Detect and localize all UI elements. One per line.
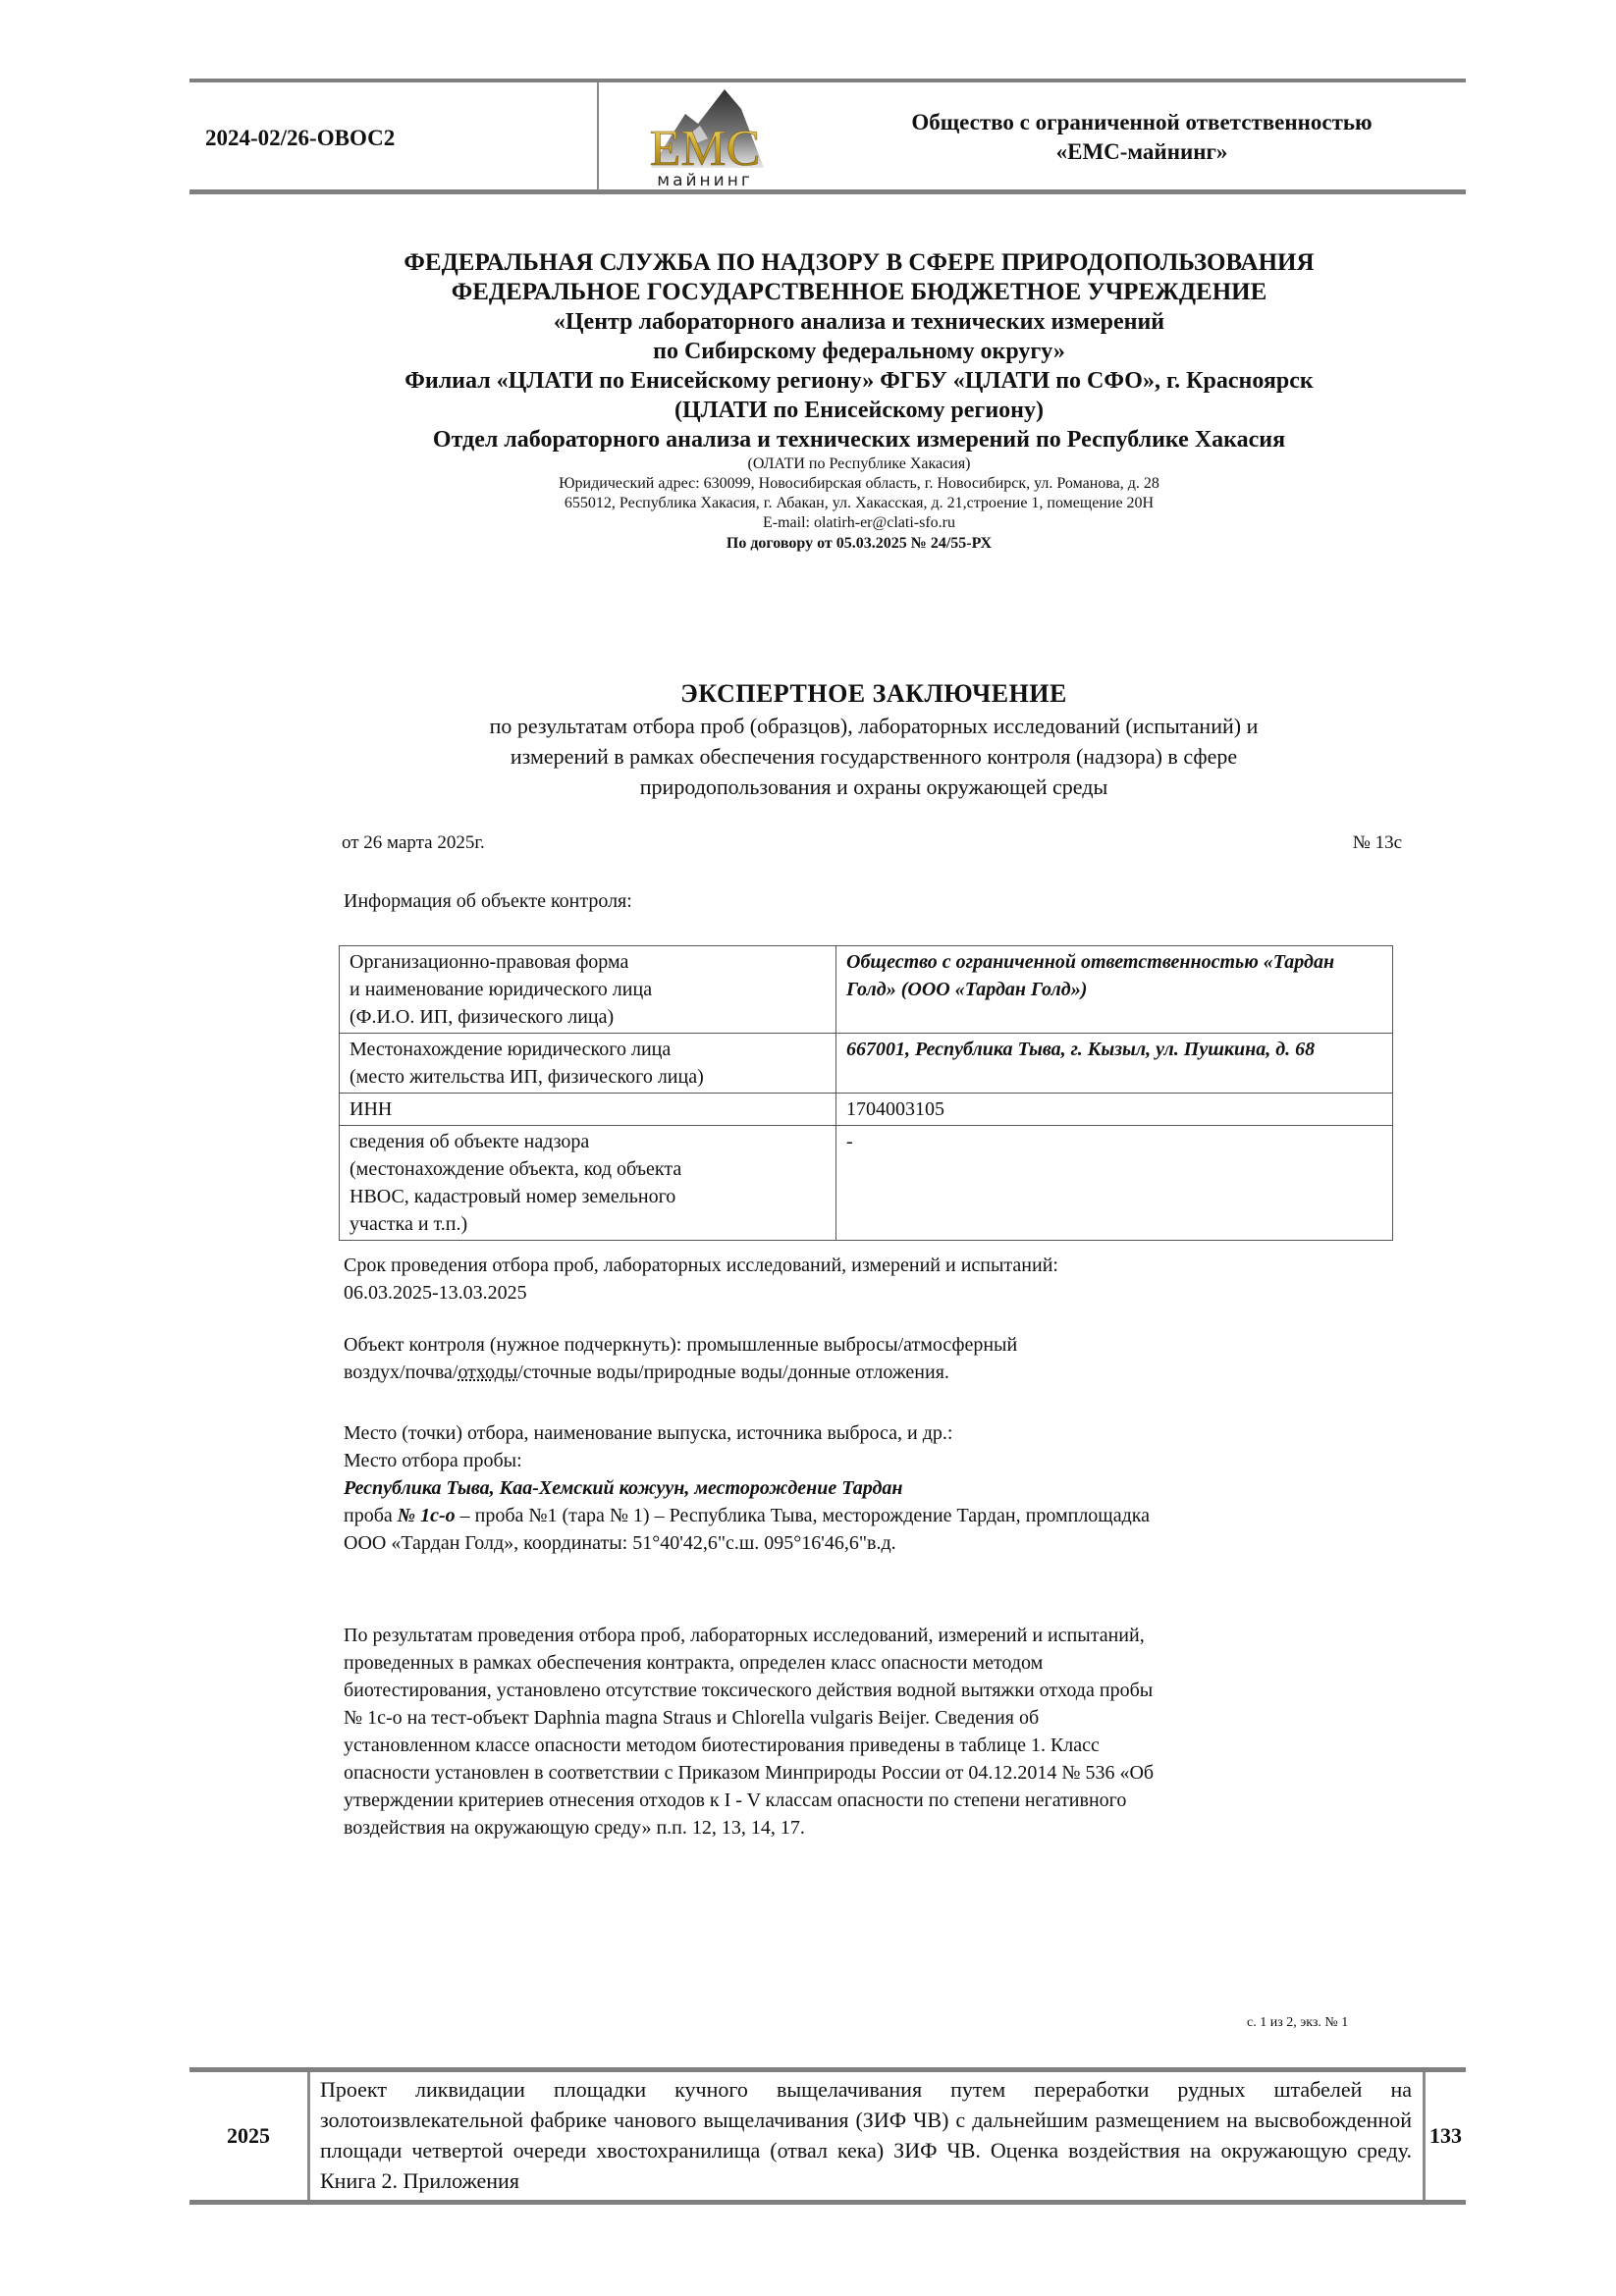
sample-coordinates: ООО «Тардан Голд», координаты: 51°40'42,… [344, 1529, 1404, 1557]
table-row: ИНН1704003105 [340, 1094, 1393, 1126]
agency-line: «Центр лабораторного анализа и техническ… [295, 307, 1424, 337]
legal-address: Юридический адрес: 630099, Новосибирская… [295, 474, 1424, 494]
page-footer: 2025 Проект ликвидации площадки кучного … [189, 2067, 1466, 2205]
info-label: Информация об объекте контроля: [344, 890, 632, 913]
agency-line: по Сибирскому федеральному округу» [295, 337, 1424, 366]
table-cell-value: Общество с ограниченной ответственностью… [836, 946, 1393, 1034]
footer-description: Проект ликвидации площадки кучного выщел… [320, 2074, 1412, 2196]
sampling-period: Срок проведения отбора проб, лабораторны… [344, 1252, 1404, 1307]
control-object-table: Организационно-правовая формаи наименова… [339, 945, 1393, 1241]
footer-divider [307, 2072, 310, 2200]
agency-line: Филиал «ЦЛАТИ по Енисейскому региону» ФГ… [295, 366, 1424, 396]
date-line: от 26 марта 2025г. № 13с [342, 832, 1402, 854]
table-row: Организационно-правовая формаи наименова… [340, 946, 1393, 1034]
postal-address: 655012, Республика Хакасия, г. Абакан, у… [295, 494, 1424, 513]
contract-reference: По договору от 05.03.2025 № 24/55-РХ [295, 533, 1424, 555]
conclusion-date: от 26 марта 2025г. [342, 832, 485, 853]
company-name: Общество с ограниченной ответственностью… [818, 108, 1466, 167]
table-cell-label: сведения об объекте надзора(местонахожде… [340, 1126, 836, 1241]
table-cell-label: Организационно-правовая формаи наименова… [340, 946, 836, 1034]
results-paragraph: По результатам проведения отбора проб, л… [344, 1622, 1404, 1842]
sampling-period-value: 06.03.2025-13.03.2025 [344, 1279, 1404, 1307]
control-object: Объект контроля (нужное подчеркнуть): пр… [344, 1331, 1404, 1386]
footer-page-number: 133 [1426, 2072, 1466, 2200]
conclusion-heading: ЭКСПЕРТНОЕ ЗАКЛЮЧЕНИЕ по результатам отб… [334, 677, 1414, 802]
email: E-mail: olatirh-er@clati-sfo.ru [295, 513, 1424, 533]
svg-text:EMC: EMC [650, 121, 761, 177]
page-header: 2024-02/26-ОВОС2 EMC майнинг Общ [189, 79, 1466, 194]
header-divider [597, 82, 599, 189]
sample-id: № 1с-о [398, 1505, 456, 1526]
agency-line: ФЕДЕРАЛЬНОЕ ГОСУДАРСТВЕННОЕ БЮДЖЕТНОЕ УЧ… [295, 278, 1424, 307]
page-counter: с. 1 из 2, экз. № 1 [1247, 2015, 1348, 2031]
table-cell-value: 1704003105 [836, 1094, 1393, 1126]
table-cell-label: ИНН [340, 1094, 836, 1126]
agency-line: (ЦЛАТИ по Енисейскому региону) [295, 396, 1424, 425]
agency-abbr: (ОЛАТИ по Республике Хакасия) [295, 454, 1424, 474]
company-logo: EMC майнинг [631, 84, 779, 190]
agency-block: ФЕДЕРАЛЬНАЯ СЛУЖБА ПО НАДЗОРУ В СФЕРЕ ПР… [295, 248, 1424, 555]
document-code: 2024-02/26-ОВОС2 [205, 126, 395, 151]
page-title: ЭКСПЕРТНОЕ ЗАКЛЮЧЕНИЕ [334, 677, 1414, 711]
table-cell-label: Местонахождение юридического лица(место … [340, 1034, 836, 1094]
table-row: сведения об объекте надзора(местонахожде… [340, 1126, 1393, 1241]
svg-text:майнинг: майнинг [657, 171, 753, 190]
table-cell-value: - [836, 1126, 1393, 1241]
footer-year: 2025 [189, 2072, 307, 2200]
selected-control-object: отходы [458, 1362, 517, 1383]
agency-line: ФЕДЕРАЛЬНАЯ СЛУЖБА ПО НАДЗОРУ В СФЕРЕ ПР… [295, 248, 1424, 278]
table-cell-value: 667001, Республика Тыва, г. Кызыл, ул. П… [836, 1034, 1393, 1094]
agency-line: Отдел лабораторного анализа и технически… [295, 425, 1424, 454]
sampling-place: Место (точки) отбора, наименование выпус… [344, 1419, 1404, 1557]
sampling-location: Республика Тыва, Каа-Хемский кожуун, мес… [344, 1474, 1404, 1502]
mountain-logo-icon: EMC майнинг [631, 84, 779, 190]
conclusion-number: № 13с [1353, 832, 1402, 854]
table-row: Местонахождение юридического лица(место … [340, 1034, 1393, 1094]
